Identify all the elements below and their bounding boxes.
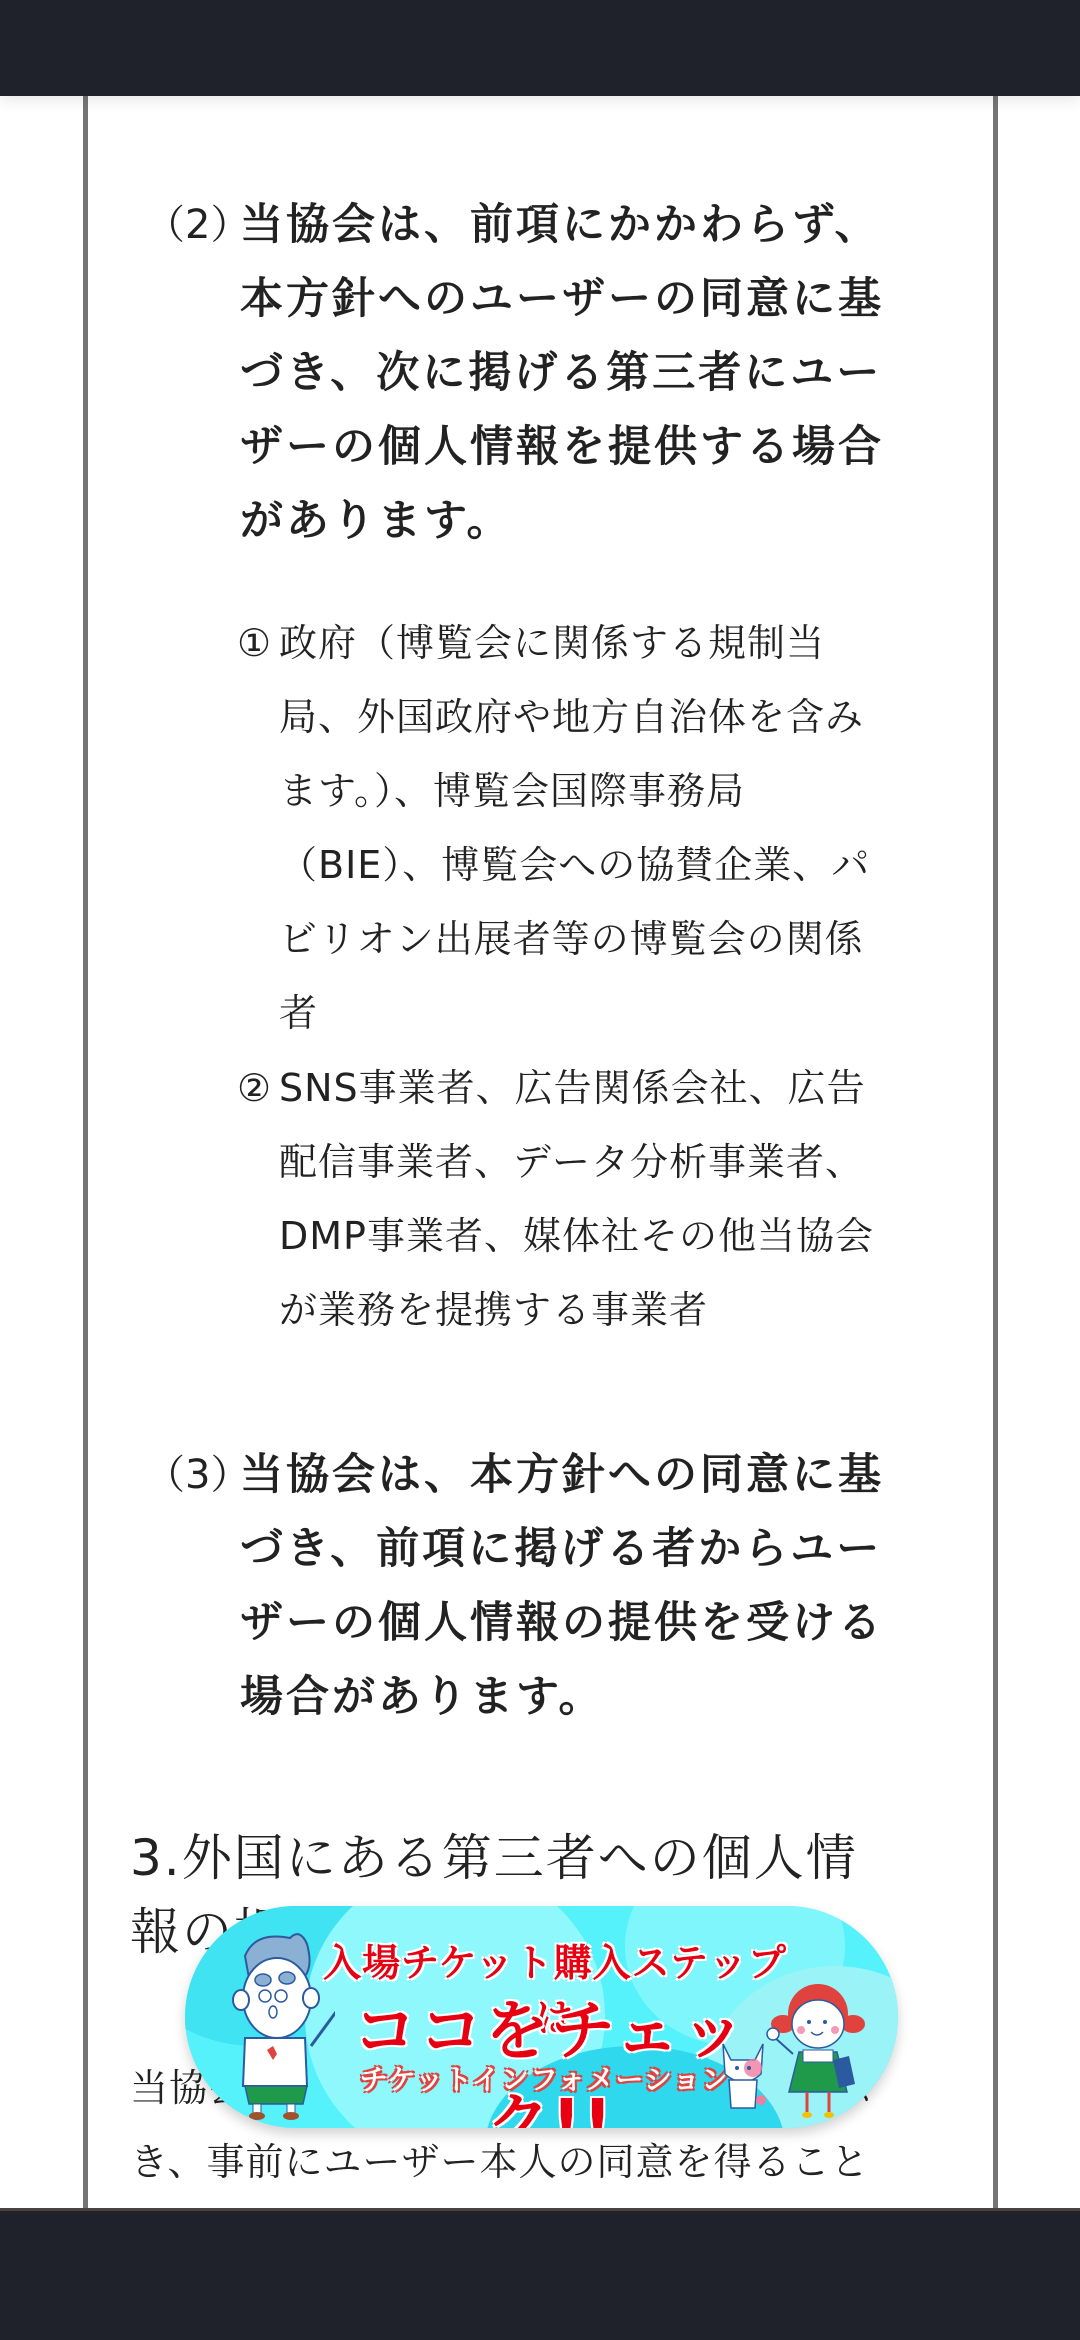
girl-character-icon: [763, 1972, 873, 2122]
text-line: 政府（博覧会に関係する規制当: [279, 606, 947, 680]
item-text: 当協会は、本方針への同意に基 づき、前項に掲げる者からユー ザーの個人情報の提供…: [240, 1438, 945, 1734]
text-line: が業務を提携する事業者: [279, 1273, 947, 1347]
item-number: （2）: [145, 188, 250, 262]
text-line: づき、次に掲げる第三者にユー: [240, 336, 945, 410]
text-line: SNS事業者、広告関係会社、広告: [279, 1051, 947, 1125]
text-line: 本方針へのユーザーの同意に基: [240, 262, 945, 336]
banner-subtitle: チケットインフォメーション: [335, 2058, 755, 2098]
text-line: 配信事業者、データ分析事業者、: [279, 1125, 947, 1199]
text-line: 局、外国政府や地方自治体を含み: [279, 680, 947, 754]
text-line: 当協会は、本方針への同意に基: [240, 1438, 945, 1512]
page-content: （2） 当協会は、前項にかかわらず、 本方針へのユーザーの同意に基 づき、次に掲…: [0, 96, 1080, 2208]
ticket-info-banner[interactable]: 入場チケット購入ステップは ココをチェック!! チケットインフォメーション: [185, 1906, 898, 2128]
text-line: （BIE）、博覧会への協賛企業、パ: [279, 828, 947, 902]
text-line: づき、前項に掲げる者からユー: [240, 1512, 945, 1586]
circled-number-2: ②: [237, 1051, 272, 1125]
text-line: ビリオン出展者等の博覧会の関係: [279, 902, 947, 976]
item-number: （3）: [145, 1438, 250, 1512]
circled-number-1: ①: [237, 606, 272, 680]
text-line: があります。: [240, 484, 945, 558]
text-line: DMP事業者、媒体社その他当協会: [279, 1199, 947, 1273]
text-line: 者: [279, 976, 947, 1050]
text-line: 当協会は、前項にかかわらず、: [240, 188, 945, 262]
text-line: ザーの個人情報の提供を受ける: [240, 1586, 945, 1660]
item-text: 当協会は、前項にかかわらず、 本方針へのユーザーの同意に基 づき、次に掲げる第三…: [240, 188, 945, 558]
heading-line: 3.外国にある第三者への個人情: [130, 1821, 930, 1895]
subitem-1: ① 政府（博覧会に関係する規制当 局、外国政府や地方自治体を含み ます。）、博覧…: [237, 606, 947, 1050]
subitem-2: ② SNS事業者、広告関係会社、広告 配信事業者、データ分析事業者、 DMP事業…: [237, 1051, 947, 1347]
text-line: ザーの個人情報を提供する場合: [240, 410, 945, 484]
text-line: ます。）、博覧会国際事務局: [279, 754, 947, 828]
status-bar: [0, 0, 1080, 96]
navigation-bar: [0, 2208, 1080, 2340]
text-line: き、事前にユーザー本人の同意を得ること: [130, 2125, 940, 2199]
text-line: 場合があります。: [240, 1660, 945, 1734]
